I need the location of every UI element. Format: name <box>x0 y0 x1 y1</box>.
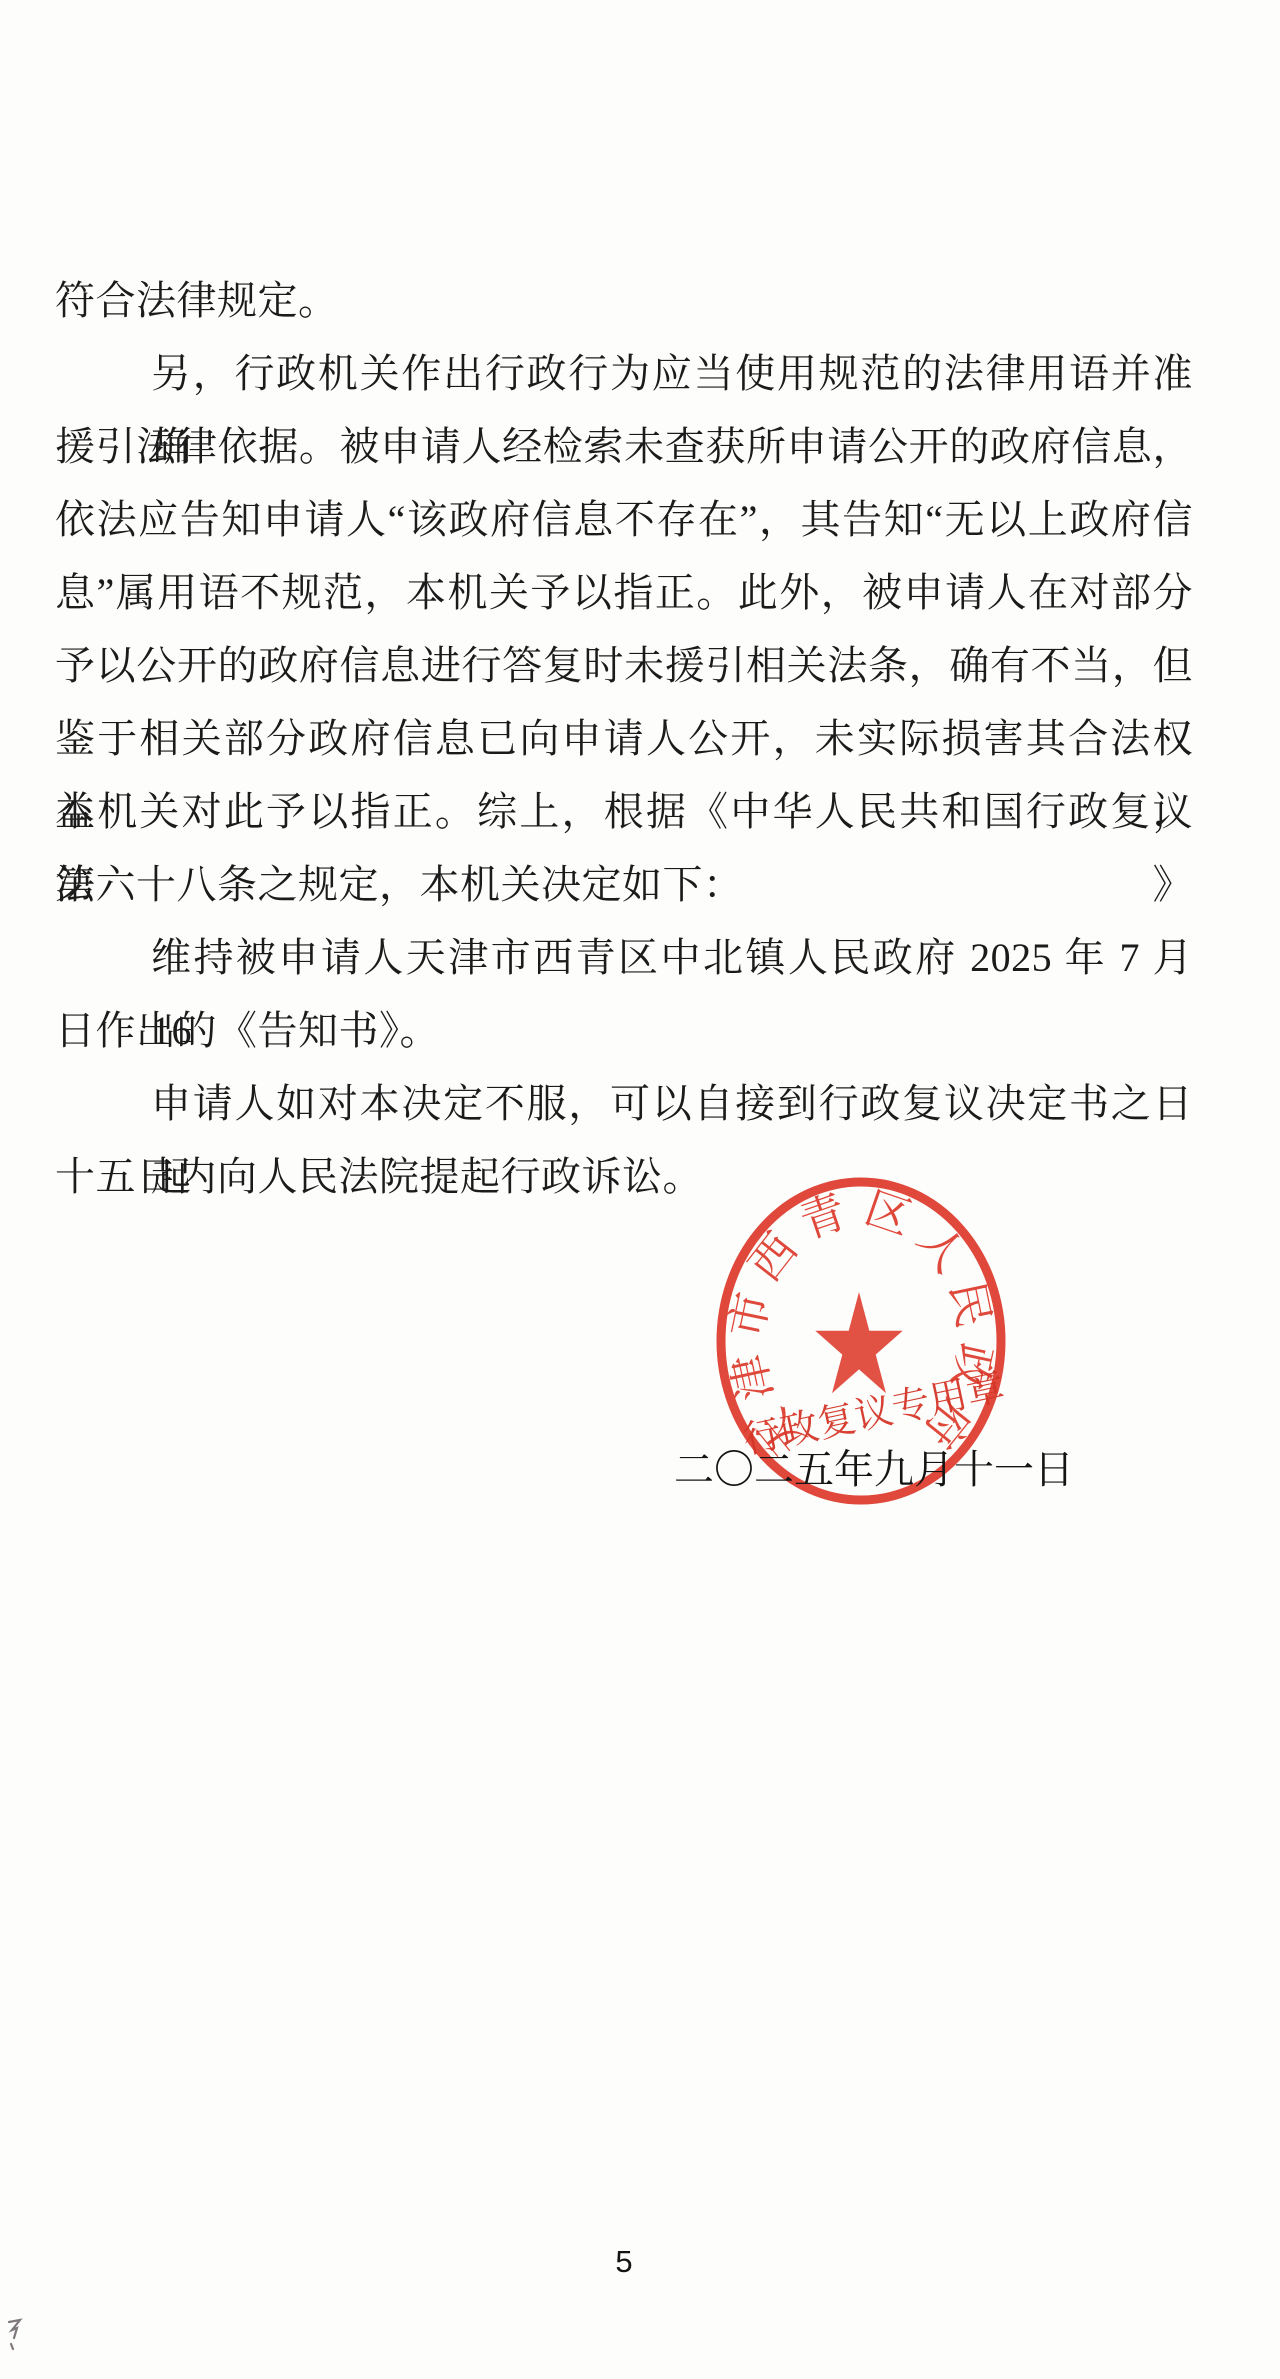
body-text-line: 本机关对此予以指正。综上，根据《中华人民共和国行政复议法》 <box>55 775 1193 848</box>
date-text: 二〇二五年九月十一日 <box>674 1444 1074 1496</box>
body-text-line: 援引法律依据。被申请人经检索未查获所申请公开的政府信息， <box>55 410 1193 483</box>
body-text-line: 依法应告知申请人“该政府信息不存在”，其告知“无以上政府信 <box>55 483 1193 556</box>
red-star-icon <box>815 1292 902 1393</box>
body-text-line: 申请人如对本决定不服，可以自接到行政复议决定书之日起 <box>55 1067 1193 1140</box>
body-text-line: 符合法律规定。 <box>55 264 1193 337</box>
body-text-line: 维持被申请人天津市西青区中北镇人民政府 2025 年 7 月 16 <box>55 921 1193 994</box>
body-text-line: 另，行政机关作出行政行为应当使用规范的法律用语并准确 <box>55 337 1193 410</box>
page-number: 5 <box>594 2244 654 2280</box>
body-text-line: 十五日内向人民法院提起行政诉讼。 <box>55 1140 1193 1213</box>
body-text-line: 息”属用语不规范，本机关予以指正。此外，被申请人在对部分 <box>55 556 1193 629</box>
document-page: 符合法律规定。另，行政机关作出行政行为应当使用规范的法律用语并准确援引法律依据。… <box>0 0 1280 2379</box>
document-body: 符合法律规定。另，行政机关作出行政行为应当使用规范的法律用语并准确援引法律依据。… <box>55 264 1193 1213</box>
body-text-line: 鉴于相关部分政府信息已向申请人公开，未实际损害其合法权益， <box>55 702 1193 775</box>
body-text-line: 日作出的《告知书》。 <box>55 994 1193 1067</box>
body-text-line: 予以公开的政府信息进行答复时未援引相关法条，确有不当，但 <box>55 629 1193 702</box>
scan-artifact-mark <box>3 2316 45 2358</box>
